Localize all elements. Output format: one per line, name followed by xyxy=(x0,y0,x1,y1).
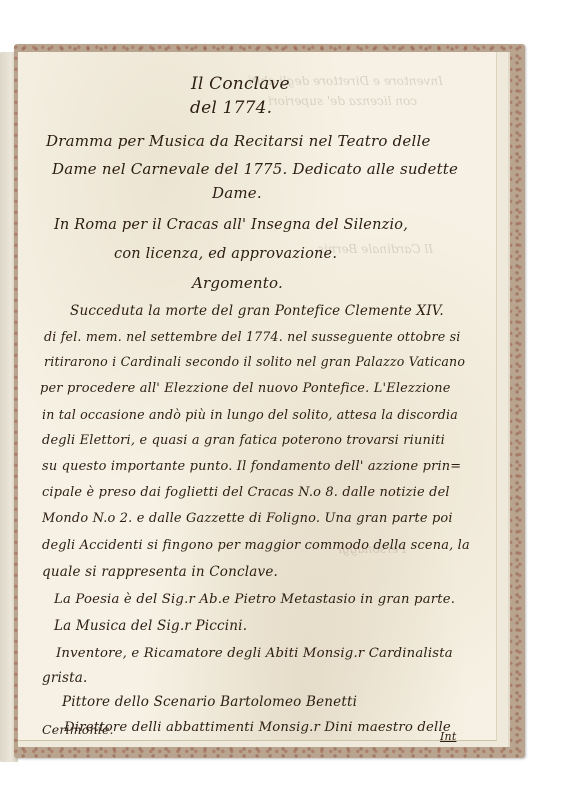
argument-line-2: di fel. mem. nel settembre del 1774. nel… xyxy=(44,329,460,344)
argument-line-9: Mondo N.o 2. e dalle Gazzette di Foligno… xyxy=(42,511,453,526)
catchword: Int xyxy=(440,730,456,743)
credit-costumes-cont: grista. xyxy=(42,670,88,686)
credit-music: La Musica del Sig.r Piccini. xyxy=(54,618,247,634)
credit-costumes: Inventore, e Ricamatore degli Abiti Mons… xyxy=(56,646,453,661)
argument-line-1: Succeduta la morte del gran Pontefice Cl… xyxy=(70,303,444,319)
manuscript-page: Inventore e Direttore degli abiti con li… xyxy=(18,52,497,741)
subtitle-line-1: Dramma per Musica da Recitarsi nel Teatr… xyxy=(46,132,431,150)
argument-line-4: per procedere all' Elezzione del nuovo P… xyxy=(40,381,451,396)
credit-director: Direttore delli abbattimenti Monsig.r Di… xyxy=(64,720,451,735)
argument-heading: Argomento. xyxy=(192,274,283,292)
credit-ceremonies: Cerimonie. xyxy=(42,722,114,737)
argument-line-7: su questo importante punto. Il fondament… xyxy=(42,459,461,474)
credit-painter: Pittore dello Scenario Bartolomeo Benett… xyxy=(62,694,357,710)
imprint-line-2: con licenza, ed approvazione. xyxy=(114,246,337,262)
argument-line-8: cipale è preso dai foglietti del Cracas … xyxy=(42,485,450,500)
subtitle-line-3: Dame. xyxy=(212,184,262,202)
argument-line-3: ritirarono i Cardinali secondo il solito… xyxy=(44,354,465,369)
argument-line-10: degli Accidenti si fingono per maggior c… xyxy=(42,538,470,553)
title-line-2: del 1774. xyxy=(190,98,272,118)
imprint-line-1: In Roma per il Cracas all' Insegna del S… xyxy=(54,217,408,233)
argument-line-6: degli Elettori, e quasi a gran fatica po… xyxy=(42,433,445,448)
title-line-1: Il Conclave xyxy=(191,74,290,94)
subtitle-line-2: Dame nel Carnevale del 1775. Dedicato al… xyxy=(52,160,458,178)
argument-line-5: in tal occasione andò più in lungo del s… xyxy=(42,407,458,422)
argument-line-11: quale si rappresenta in Conclave. xyxy=(42,564,278,580)
credit-poetry: La Poesia è del Sig.r Ab.e Pietro Metast… xyxy=(54,592,455,607)
show-through-text: con licenza de' superiori xyxy=(268,94,417,108)
